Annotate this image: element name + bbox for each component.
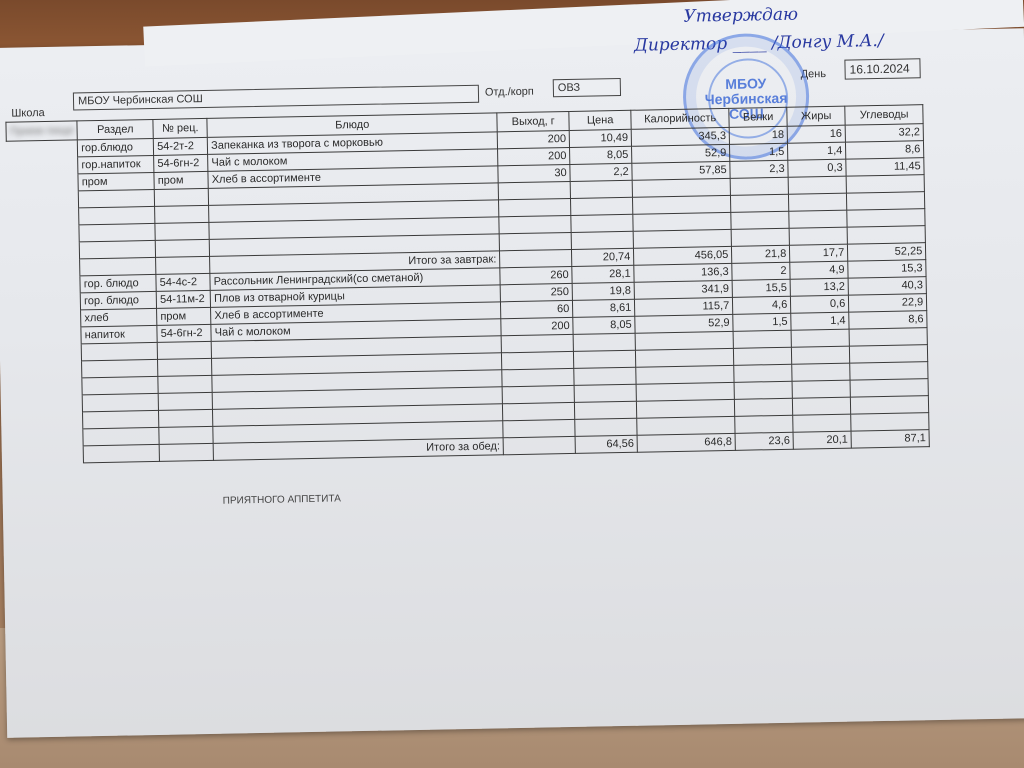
empty-cell bbox=[79, 206, 155, 224]
empty-cell bbox=[499, 198, 571, 216]
empty-cell bbox=[571, 214, 633, 232]
empty-cell bbox=[82, 393, 158, 411]
empty-cell bbox=[11, 361, 83, 379]
total-price: 64,56 bbox=[575, 435, 637, 453]
approval-title: Утверждаю bbox=[683, 5, 798, 27]
empty-cell bbox=[79, 223, 155, 241]
breakfast-section: гор.блюдо54-2т-2Запеканка из творога с м… bbox=[6, 124, 926, 278]
price-cell: 8,05 bbox=[573, 316, 635, 334]
price-cell: 8,05 bbox=[570, 146, 632, 164]
meal-cell bbox=[9, 276, 81, 294]
empty-cell bbox=[154, 188, 208, 206]
empty-cell bbox=[157, 341, 211, 359]
yield-cell: 260 bbox=[500, 266, 572, 284]
calories-cell: 57,85 bbox=[632, 161, 730, 180]
empty-cell bbox=[12, 429, 84, 447]
empty-cell bbox=[571, 231, 633, 249]
carbs-cell: 40,3 bbox=[848, 277, 926, 295]
section-cell: гор.блюдо bbox=[77, 138, 153, 156]
empty-cell bbox=[734, 364, 792, 382]
col-recipe: № рец. bbox=[153, 118, 207, 138]
date-field: 16.10.2024 bbox=[844, 58, 920, 79]
carbs-cell: 8,6 bbox=[846, 141, 924, 159]
calories-cell: 52,9 bbox=[632, 144, 730, 163]
col-fat: Жиры bbox=[787, 106, 845, 126]
empty-cell bbox=[633, 195, 731, 214]
empty-cell bbox=[789, 210, 847, 228]
empty-cell bbox=[12, 412, 84, 430]
empty-cell bbox=[735, 415, 793, 433]
protein-cell: 4,6 bbox=[733, 296, 791, 314]
col-price: Цена bbox=[569, 110, 631, 130]
carbs-cell: 15,3 bbox=[848, 260, 926, 278]
school-label: Школа bbox=[11, 107, 45, 120]
menu-sheet: Утверждаю Директор ____ /Донгу М.А./ Шко… bbox=[0, 28, 1024, 738]
empty-cell bbox=[636, 365, 734, 384]
empty-cell bbox=[574, 384, 636, 402]
empty-cell bbox=[734, 381, 792, 399]
empty-cell bbox=[155, 222, 209, 240]
empty-cell bbox=[499, 232, 571, 250]
col-section: Раздел bbox=[77, 119, 153, 139]
empty-cell bbox=[847, 209, 925, 227]
dept-field: ОВЗ bbox=[553, 78, 621, 97]
price-cell: 28,1 bbox=[572, 265, 634, 283]
meal-cell bbox=[6, 140, 78, 158]
col-calories: Калорийность bbox=[631, 108, 729, 129]
carbs-cell: 32,2 bbox=[845, 124, 923, 142]
total-calories: 646,8 bbox=[637, 433, 735, 452]
total-empty-cell bbox=[9, 259, 81, 277]
empty-cell bbox=[632, 178, 730, 197]
meal-cell bbox=[9, 293, 81, 311]
empty-cell bbox=[637, 399, 735, 418]
empty-cell bbox=[502, 368, 574, 386]
empty-cell bbox=[159, 426, 213, 444]
empty-cell bbox=[792, 380, 850, 398]
recipe-cell: пром bbox=[157, 307, 211, 325]
empty-cell bbox=[8, 225, 80, 243]
empty-cell bbox=[83, 427, 159, 445]
section-cell: пром bbox=[78, 172, 154, 190]
empty-cell bbox=[636, 382, 734, 401]
menu-table: Прием пищи Раздел № рец. Блюдо Выход, г … bbox=[5, 104, 930, 465]
empty-cell bbox=[79, 240, 155, 258]
col-yield: Выход, г bbox=[497, 111, 569, 131]
empty-cell bbox=[8, 242, 80, 260]
empty-cell bbox=[502, 351, 574, 369]
fat-cell: 1,4 bbox=[791, 312, 849, 330]
empty-cell bbox=[573, 333, 635, 351]
empty-cell bbox=[734, 347, 792, 365]
empty-cell bbox=[575, 418, 637, 436]
empty-cell bbox=[571, 197, 633, 215]
section-cell: хлеб bbox=[81, 308, 157, 326]
total-empty-cell bbox=[12, 446, 84, 464]
empty-cell bbox=[849, 328, 927, 346]
empty-cell bbox=[633, 229, 731, 248]
fat-cell: 0,6 bbox=[791, 295, 849, 313]
empty-cell bbox=[789, 193, 847, 211]
recipe-cell: пром bbox=[154, 171, 208, 189]
lunch-section: гор. блюдо54-4с-2Рассольник Ленинградски… bbox=[9, 260, 930, 465]
empty-cell bbox=[155, 239, 209, 257]
empty-cell bbox=[847, 226, 925, 244]
recipe-cell: 54-4с-2 bbox=[156, 273, 210, 291]
fat-cell: 0,3 bbox=[788, 159, 846, 177]
recipe-cell: 54-2т-2 bbox=[153, 137, 207, 155]
meal-cell bbox=[7, 174, 79, 192]
empty-cell bbox=[503, 402, 575, 420]
recipe-cell: 54-6гн-2 bbox=[157, 324, 211, 342]
empty-cell bbox=[636, 348, 734, 367]
empty-cell bbox=[851, 396, 929, 414]
empty-cell bbox=[501, 334, 573, 352]
total-fat: 17,7 bbox=[790, 244, 848, 262]
calories-cell: 345,3 bbox=[631, 127, 729, 146]
empty-cell bbox=[635, 331, 733, 350]
calories-cell: 52,9 bbox=[635, 314, 733, 333]
fat-cell: 1,4 bbox=[788, 142, 846, 160]
total-price: 20,74 bbox=[572, 248, 634, 266]
empty-cell bbox=[851, 413, 929, 431]
empty-cell bbox=[792, 363, 850, 381]
empty-cell bbox=[793, 414, 851, 432]
meal-cell bbox=[10, 327, 82, 345]
yield-cell: 200 bbox=[498, 147, 570, 165]
empty-cell bbox=[570, 180, 632, 198]
protein-cell: 18 bbox=[729, 126, 787, 144]
empty-cell bbox=[499, 215, 571, 233]
carbs-cell: 11,45 bbox=[846, 158, 924, 176]
empty-cell bbox=[735, 398, 793, 416]
yield-cell: 60 bbox=[501, 300, 573, 318]
total-empty-cell bbox=[500, 249, 572, 267]
calories-cell: 341,9 bbox=[634, 280, 732, 299]
price-cell: 8,61 bbox=[573, 299, 635, 317]
yield-cell: 30 bbox=[498, 164, 570, 182]
empty-cell bbox=[11, 395, 83, 413]
footer-message: ПРИЯТНОГО АППЕТИТА bbox=[223, 493, 341, 506]
empty-cell bbox=[78, 189, 154, 207]
total-empty-cell bbox=[156, 256, 210, 274]
school-name-field: МБОУ Чербинская СОШ bbox=[73, 85, 479, 111]
total-empty-cell bbox=[159, 443, 213, 461]
empty-cell bbox=[10, 344, 82, 362]
total-protein: 21,8 bbox=[732, 245, 790, 263]
empty-cell bbox=[637, 416, 735, 435]
price-cell: 2,2 bbox=[570, 163, 632, 181]
empty-cell bbox=[159, 409, 213, 427]
protein-cell: 1,5 bbox=[733, 313, 791, 331]
empty-cell bbox=[7, 191, 79, 209]
price-cell: 19,8 bbox=[572, 282, 634, 300]
section-cell: напиток bbox=[81, 325, 157, 343]
paper-edge bbox=[143, 0, 1024, 67]
carbs-cell: 8,6 bbox=[849, 311, 927, 329]
protein-cell: 1,5 bbox=[730, 143, 788, 161]
total-carbs: 87,1 bbox=[851, 430, 929, 448]
empty-cell bbox=[82, 359, 158, 377]
yield-cell: 250 bbox=[500, 283, 572, 301]
recipe-cell: 54-6гн-2 bbox=[154, 154, 208, 172]
calories-cell: 115,7 bbox=[635, 297, 733, 316]
total-calories: 456,05 bbox=[634, 246, 732, 265]
empty-cell bbox=[158, 358, 212, 376]
total-protein: 23,6 bbox=[735, 432, 793, 450]
empty-cell bbox=[503, 419, 575, 437]
section-cell: гор.напиток bbox=[78, 155, 154, 173]
empty-cell bbox=[574, 367, 636, 385]
protein-cell: 2,3 bbox=[730, 160, 788, 178]
empty-cell bbox=[158, 392, 212, 410]
meal-cell bbox=[10, 310, 82, 328]
col-meal: Прием пищи bbox=[6, 121, 78, 141]
empty-cell bbox=[574, 350, 636, 368]
fat-cell: 16 bbox=[787, 125, 845, 143]
empty-cell bbox=[850, 362, 928, 380]
empty-cell bbox=[730, 177, 788, 195]
empty-cell bbox=[788, 176, 846, 194]
total-carbs: 52,25 bbox=[848, 243, 926, 261]
section-cell: гор. блюдо bbox=[80, 291, 156, 309]
fat-cell: 13,2 bbox=[790, 278, 848, 296]
calories-cell: 136,3 bbox=[634, 263, 732, 282]
empty-cell bbox=[575, 401, 637, 419]
empty-cell bbox=[733, 330, 791, 348]
empty-cell bbox=[847, 192, 925, 210]
yield-cell: 200 bbox=[501, 317, 573, 335]
empty-cell bbox=[83, 410, 159, 428]
empty-cell bbox=[791, 329, 849, 347]
total-fat: 20,1 bbox=[793, 431, 851, 449]
section-cell: гор. блюдо bbox=[80, 274, 156, 292]
total-empty-cell bbox=[83, 444, 159, 462]
recipe-cell: 54-11м-2 bbox=[156, 290, 210, 308]
total-empty-cell bbox=[80, 257, 156, 275]
total-empty-cell bbox=[503, 436, 575, 454]
meal-cell bbox=[7, 157, 79, 175]
empty-cell bbox=[793, 397, 851, 415]
empty-cell bbox=[731, 211, 789, 229]
empty-cell bbox=[850, 379, 928, 397]
empty-cell bbox=[8, 208, 80, 226]
empty-cell bbox=[82, 376, 158, 394]
empty-cell bbox=[498, 181, 570, 199]
protein-cell: 2 bbox=[732, 262, 790, 280]
empty-cell bbox=[158, 375, 212, 393]
empty-cell bbox=[633, 212, 731, 231]
carbs-cell: 22,9 bbox=[849, 294, 927, 312]
empty-cell bbox=[731, 228, 789, 246]
empty-cell bbox=[789, 227, 847, 245]
protein-cell: 15,5 bbox=[732, 279, 790, 297]
empty-cell bbox=[792, 346, 850, 364]
price-cell: 10,49 bbox=[569, 129, 631, 147]
empty-cell bbox=[731, 194, 789, 212]
col-carbs: Углеводы bbox=[845, 105, 923, 125]
dept-label: Отд./корп bbox=[485, 86, 534, 99]
yield-cell: 200 bbox=[497, 130, 569, 148]
col-protein: Белки bbox=[729, 107, 787, 127]
empty-cell bbox=[155, 205, 209, 223]
empty-cell bbox=[11, 378, 83, 396]
empty-cell bbox=[846, 175, 924, 193]
fat-cell: 4,9 bbox=[790, 261, 848, 279]
empty-cell bbox=[502, 385, 574, 403]
empty-cell bbox=[850, 345, 928, 363]
empty-cell bbox=[81, 342, 157, 360]
